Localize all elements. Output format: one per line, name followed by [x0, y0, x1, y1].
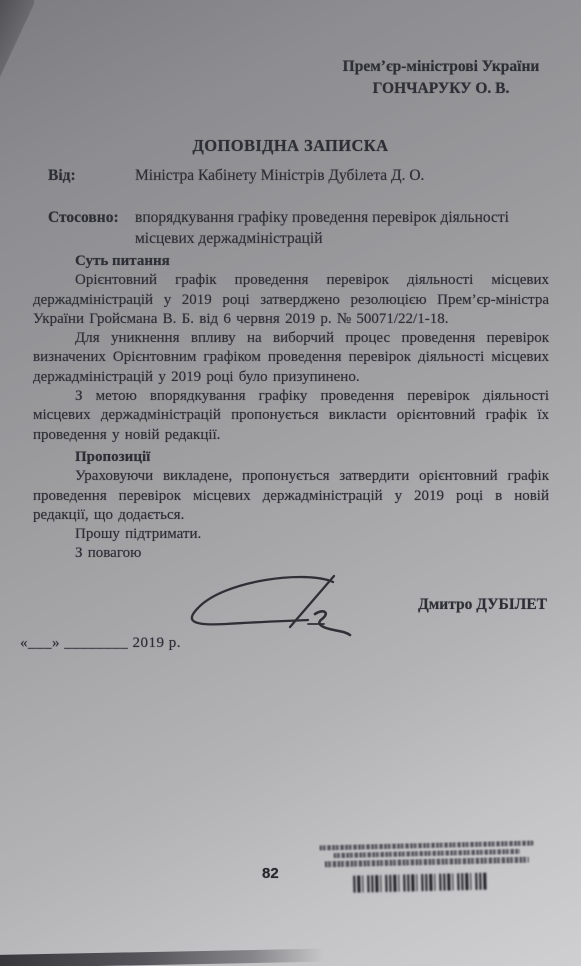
regarding-label: Стосовно:: [48, 207, 119, 228]
paragraph: З метою впорядкування графіку проведення…: [33, 387, 549, 445]
addressee-line2: ГОНЧАРУКУ О. В.: [331, 78, 551, 100]
paragraph: Ураховуючи викладене, пропонується затве…: [33, 467, 549, 525]
signer-name: Дмитро ДУБІЛЕТ: [418, 596, 547, 614]
signature: [184, 572, 356, 650]
closing-request: Прошу підтримати.: [33, 525, 549, 544]
paragraph: Орієнтовний графік проведення перевірок …: [33, 271, 549, 329]
addressee-line1: Прем’єр-міністрові України: [331, 56, 551, 78]
section-heading-essence: Суть питання: [33, 252, 549, 271]
from-row: Від: Міністра Кабінету Міністрів Дубілет…: [48, 165, 548, 186]
from-value: Міністра Кабінету Міністрів Дубілета Д. …: [135, 165, 535, 186]
document-page: Прем’єр-міністрові України ГОНЧАРУКУ О. …: [0, 0, 581, 966]
page-number: 82: [262, 865, 279, 882]
document-body: Суть питання Орієнтовний графік проведен…: [33, 252, 549, 564]
photo-corner-shadow: [0, 0, 34, 96]
from-label: Від:: [48, 165, 76, 186]
salutation: З повагою: [33, 544, 549, 563]
regarding-value: впорядкування графіку проведення перевір…: [135, 207, 535, 249]
barcode: [353, 873, 487, 893]
paper-bottom-edge: [0, 949, 324, 966]
document-title: ДОПОВІДНА ЗАПИСКА: [0, 136, 581, 156]
section-heading-proposals: Пропозиції: [33, 448, 549, 467]
addressee-block: Прем’єр-міністрові України ГОНЧАРУКУ О. …: [331, 56, 551, 99]
registration-stamp: [316, 841, 537, 894]
regarding-row: Стосовно: впорядкування графіку проведен…: [48, 207, 548, 228]
date-line: «___» ________ 2019 р.: [20, 635, 181, 652]
paragraph: Для уникнення впливу на виборчий процес …: [33, 329, 549, 387]
stamp-text-line: [325, 857, 529, 868]
